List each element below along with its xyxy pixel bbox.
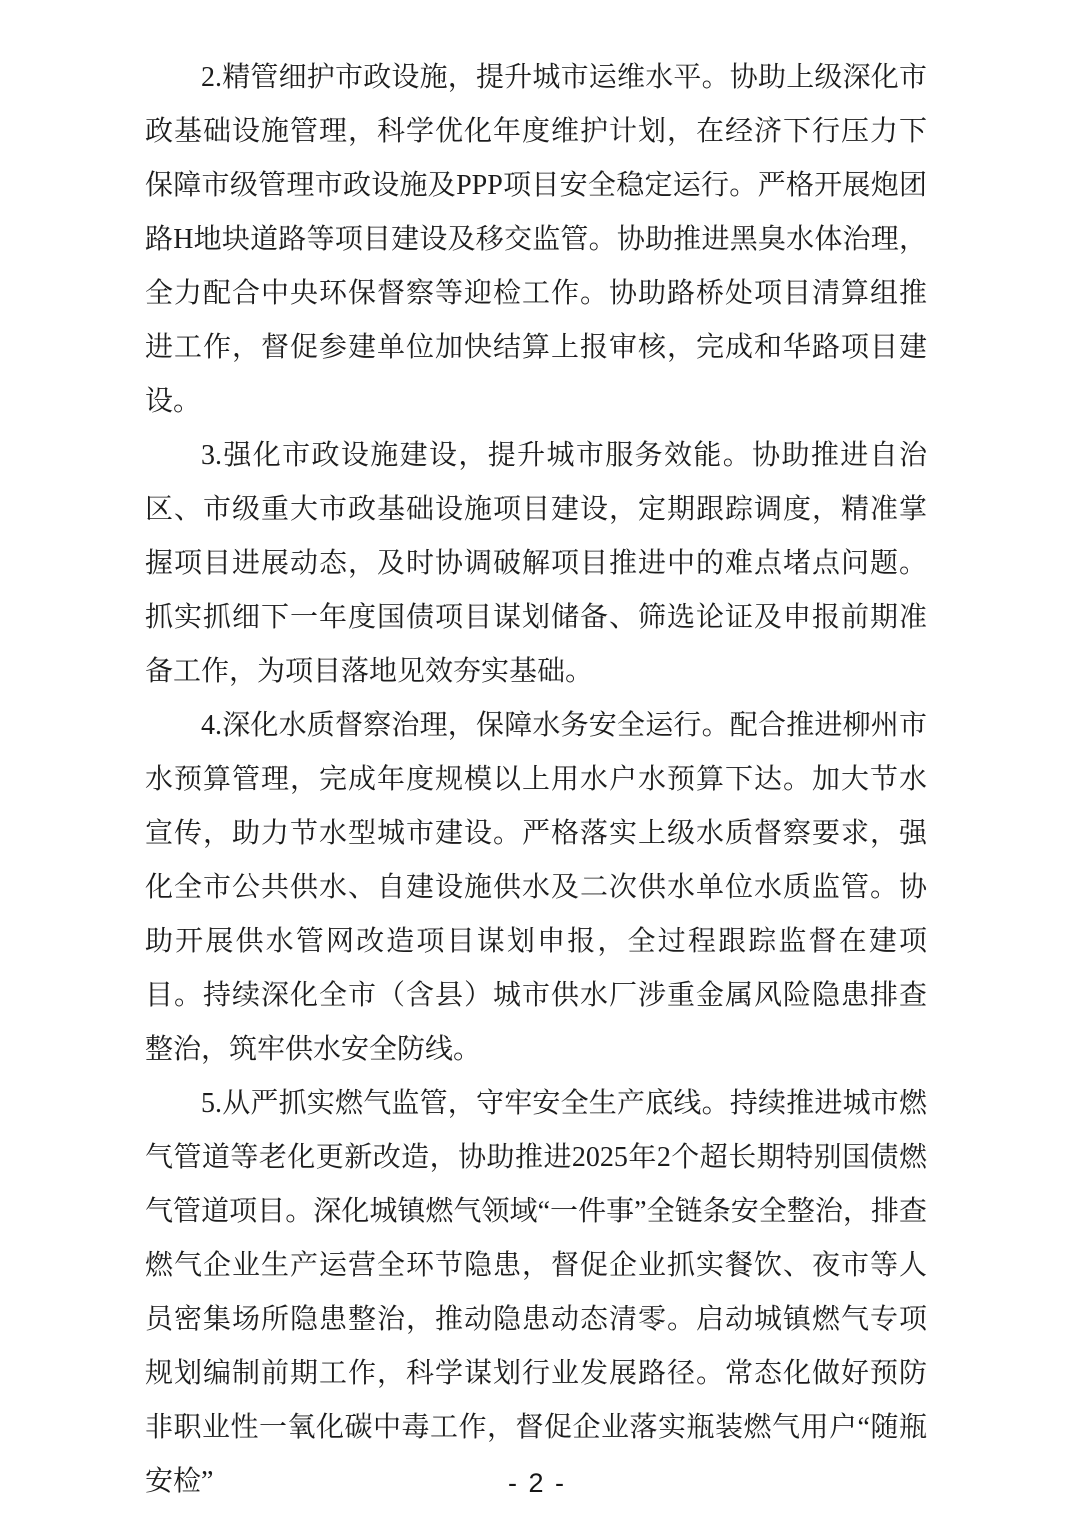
paragraph-item-4: 4.深化水质督察治理，保障水务安全运行。配合推进柳州市水预算管理，完成年度规模以… (145, 699, 927, 1077)
paragraph-item-5: 5.从严抓实燃气监管，守牢安全生产底线。持续推进城市燃气管道等老化更新改造，协助… (145, 1077, 927, 1509)
page-number: - 2 - (0, 1468, 1074, 1499)
paragraph-item-2: 2.精管细护市政设施，提升城市运维水平。协助上级深化市政基础设施管理，科学优化年… (145, 51, 927, 429)
paragraph-item-3: 3.强化市政设施建设，提升城市服务效能。协助推进自治区、市级重大市政基础设施项目… (145, 429, 927, 699)
document-page: 2.精管细护市政设施，提升城市运维水平。协助上级深化市政基础设施管理，科学优化年… (0, 0, 1074, 1520)
document-body: 2.精管细护市政设施，提升城市运维水平。协助上级深化市政基础设施管理，科学优化年… (145, 51, 927, 1509)
